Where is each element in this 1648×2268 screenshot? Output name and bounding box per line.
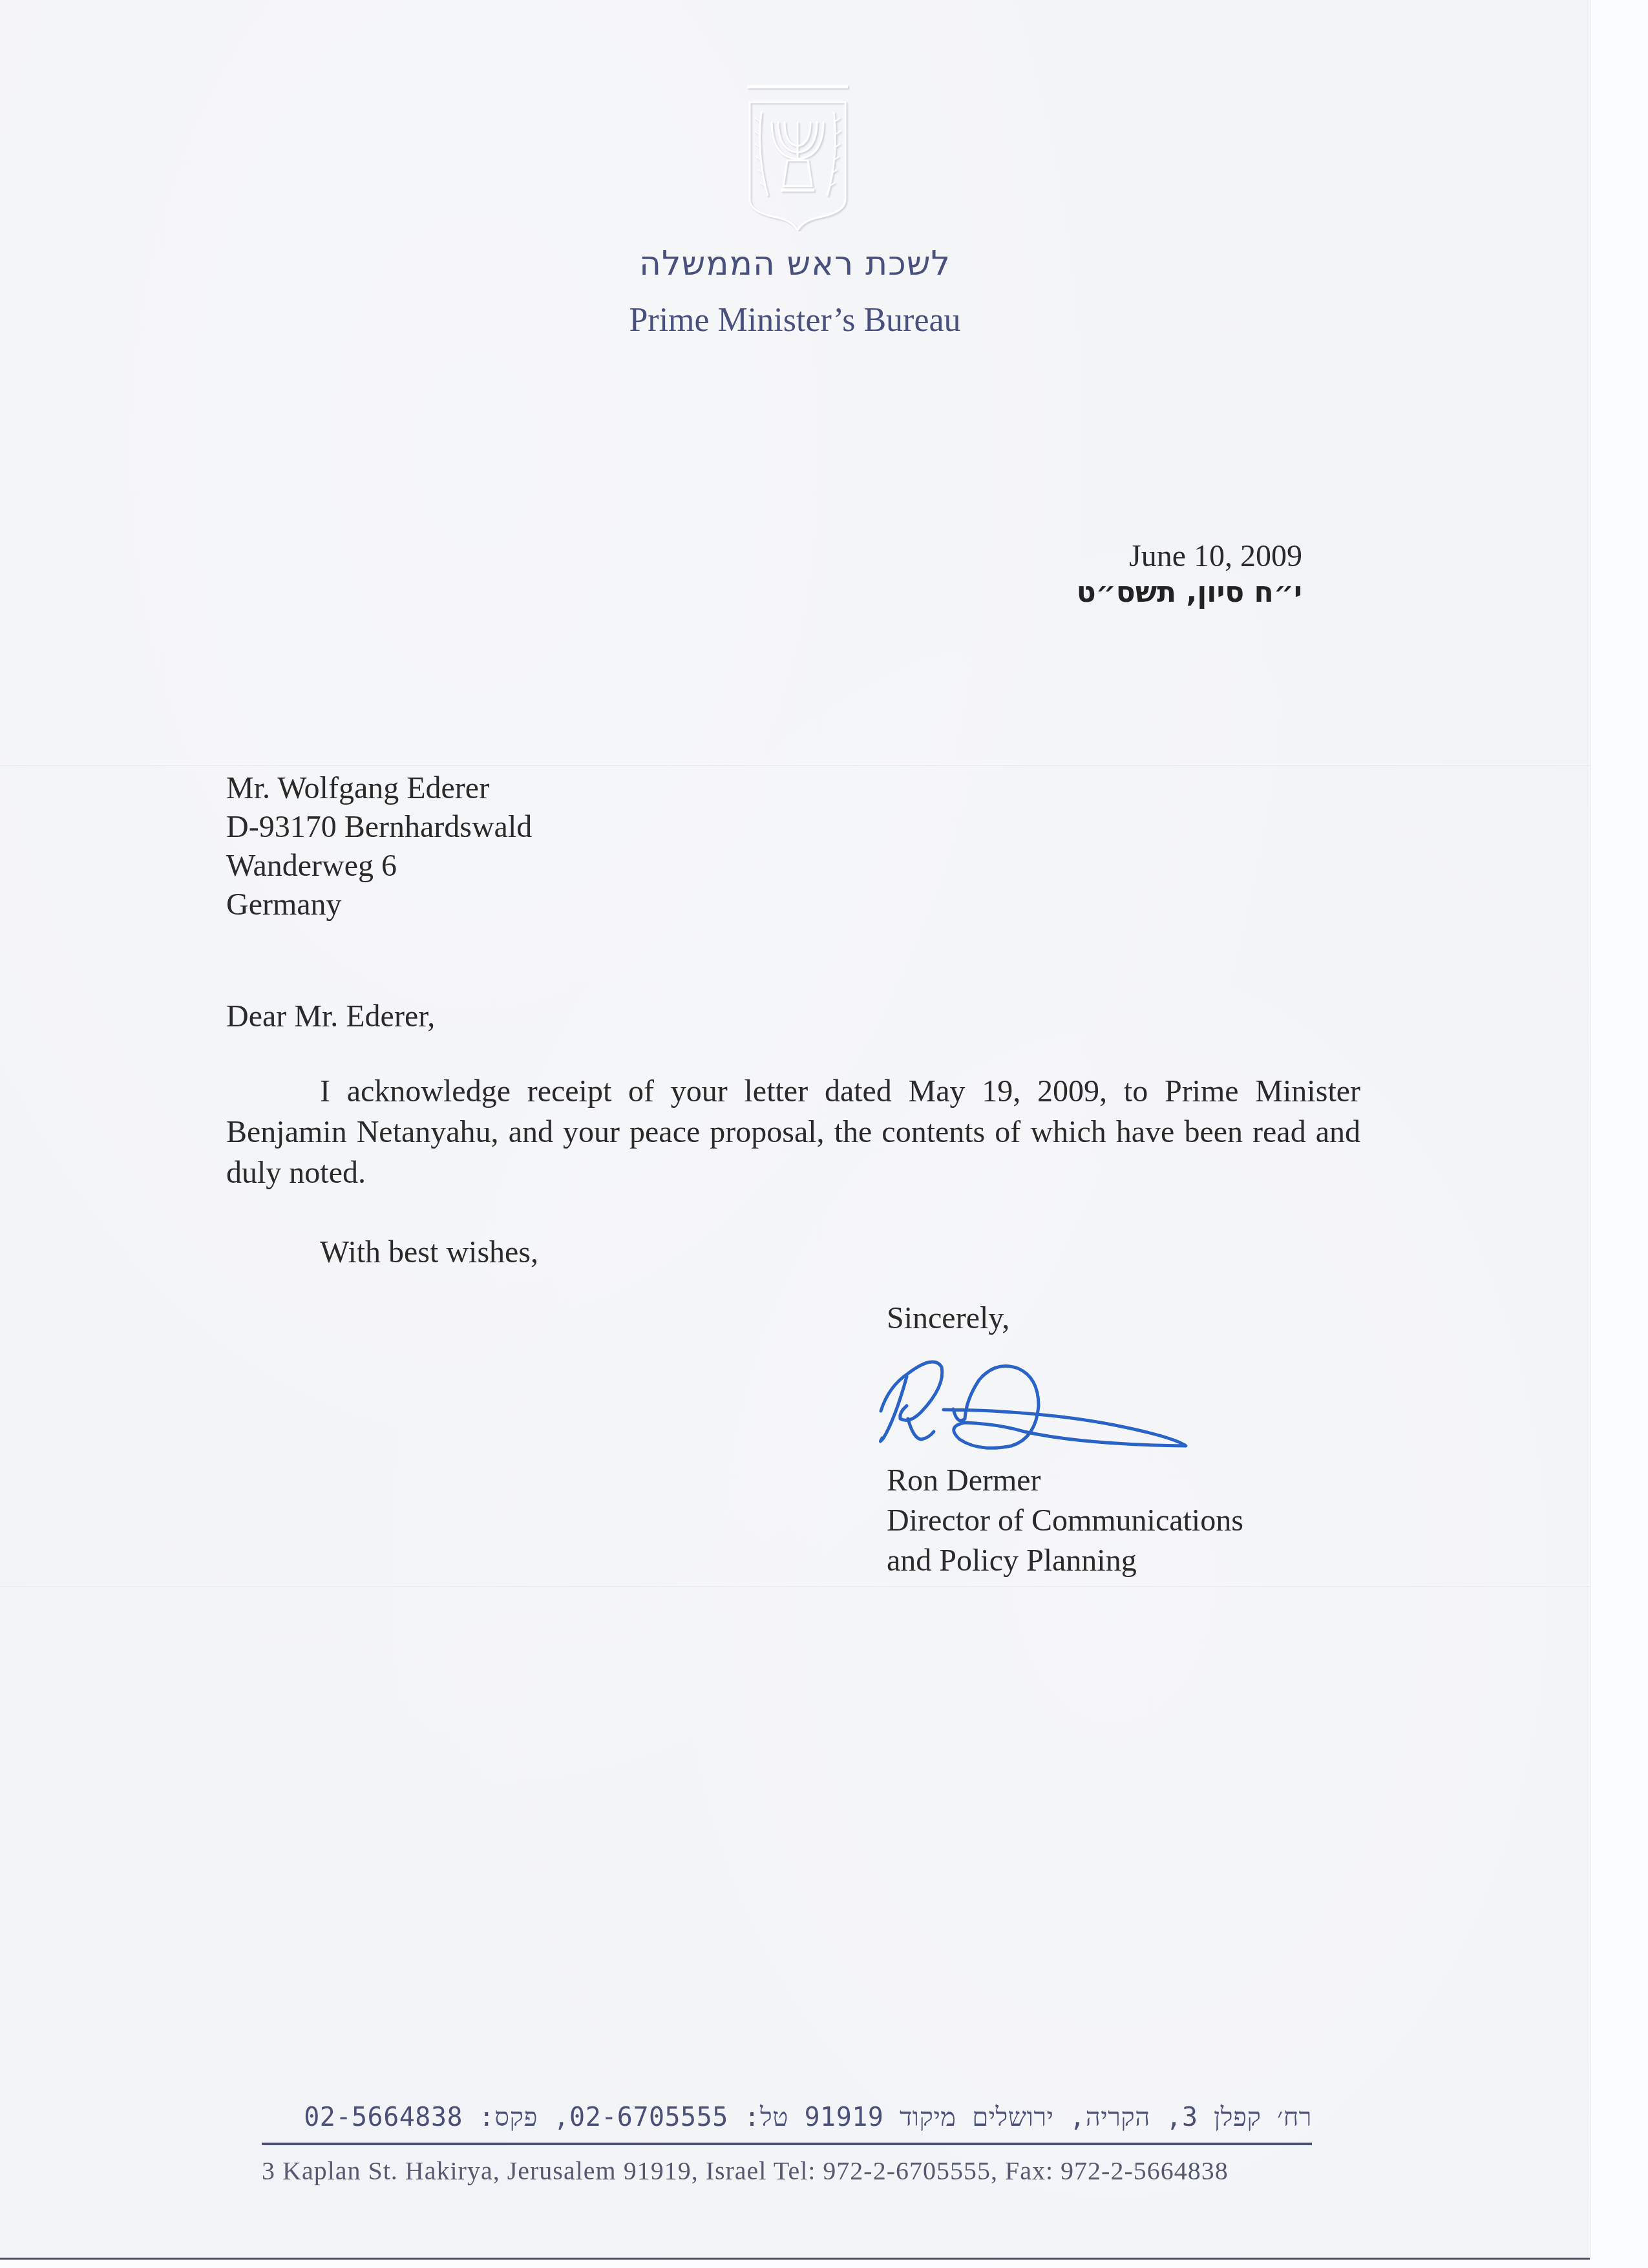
signer-title-line: Director of Communications [887,1501,1243,1541]
signer-name: Ron Dermer [887,1461,1243,1501]
footer-divider [262,2143,1312,2145]
date-hebrew: י״ח סיון, תשס״ט [1077,575,1302,611]
footer-address-hebrew: רח׳ קפלן 3, הקריה, ירושלים מיקוד 91919 ט… [262,2102,1312,2132]
signature-icon [869,1341,1205,1464]
signer-title-line: and Policy Planning [887,1541,1243,1581]
recipient-postal: D-93170 Bernhardswald [226,808,532,847]
letter-page: לשכת ראש הממשלה Prime Minister’s Bureau … [0,0,1590,2260]
date-block: June 10, 2009 י״ח סיון, תשס״ט [1077,538,1302,611]
salutation: Dear Mr. Ederer, [226,999,435,1034]
letterhead-title-hebrew: לשכת ראש הממשלה [0,244,1590,283]
closing: With best wishes, [320,1235,538,1270]
letterhead-title-english: Prime Minister’s Bureau [0,301,1590,339]
body-paragraph: I acknowledge receipt of your letter dat… [226,1071,1360,1193]
recipient-address: Mr. Wolfgang Ederer D-93170 Bernhardswal… [226,769,532,924]
recipient-street: Wanderweg 6 [226,847,532,885]
date-gregorian: June 10, 2009 [1077,538,1302,575]
signer-block: Ron Dermer Director of Communications an… [887,1461,1243,1581]
recipient-name: Mr. Wolfgang Ederer [226,769,532,808]
state-emblem-icon [742,83,853,231]
fold-crease [0,1585,1590,1587]
signoff: Sincerely, [887,1299,1009,1338]
footer-address-english: 3 Kaplan St. Hakirya, Jerusalem 91919, I… [262,2156,1312,2186]
fold-crease [0,764,1590,766]
recipient-country: Germany [226,885,532,924]
